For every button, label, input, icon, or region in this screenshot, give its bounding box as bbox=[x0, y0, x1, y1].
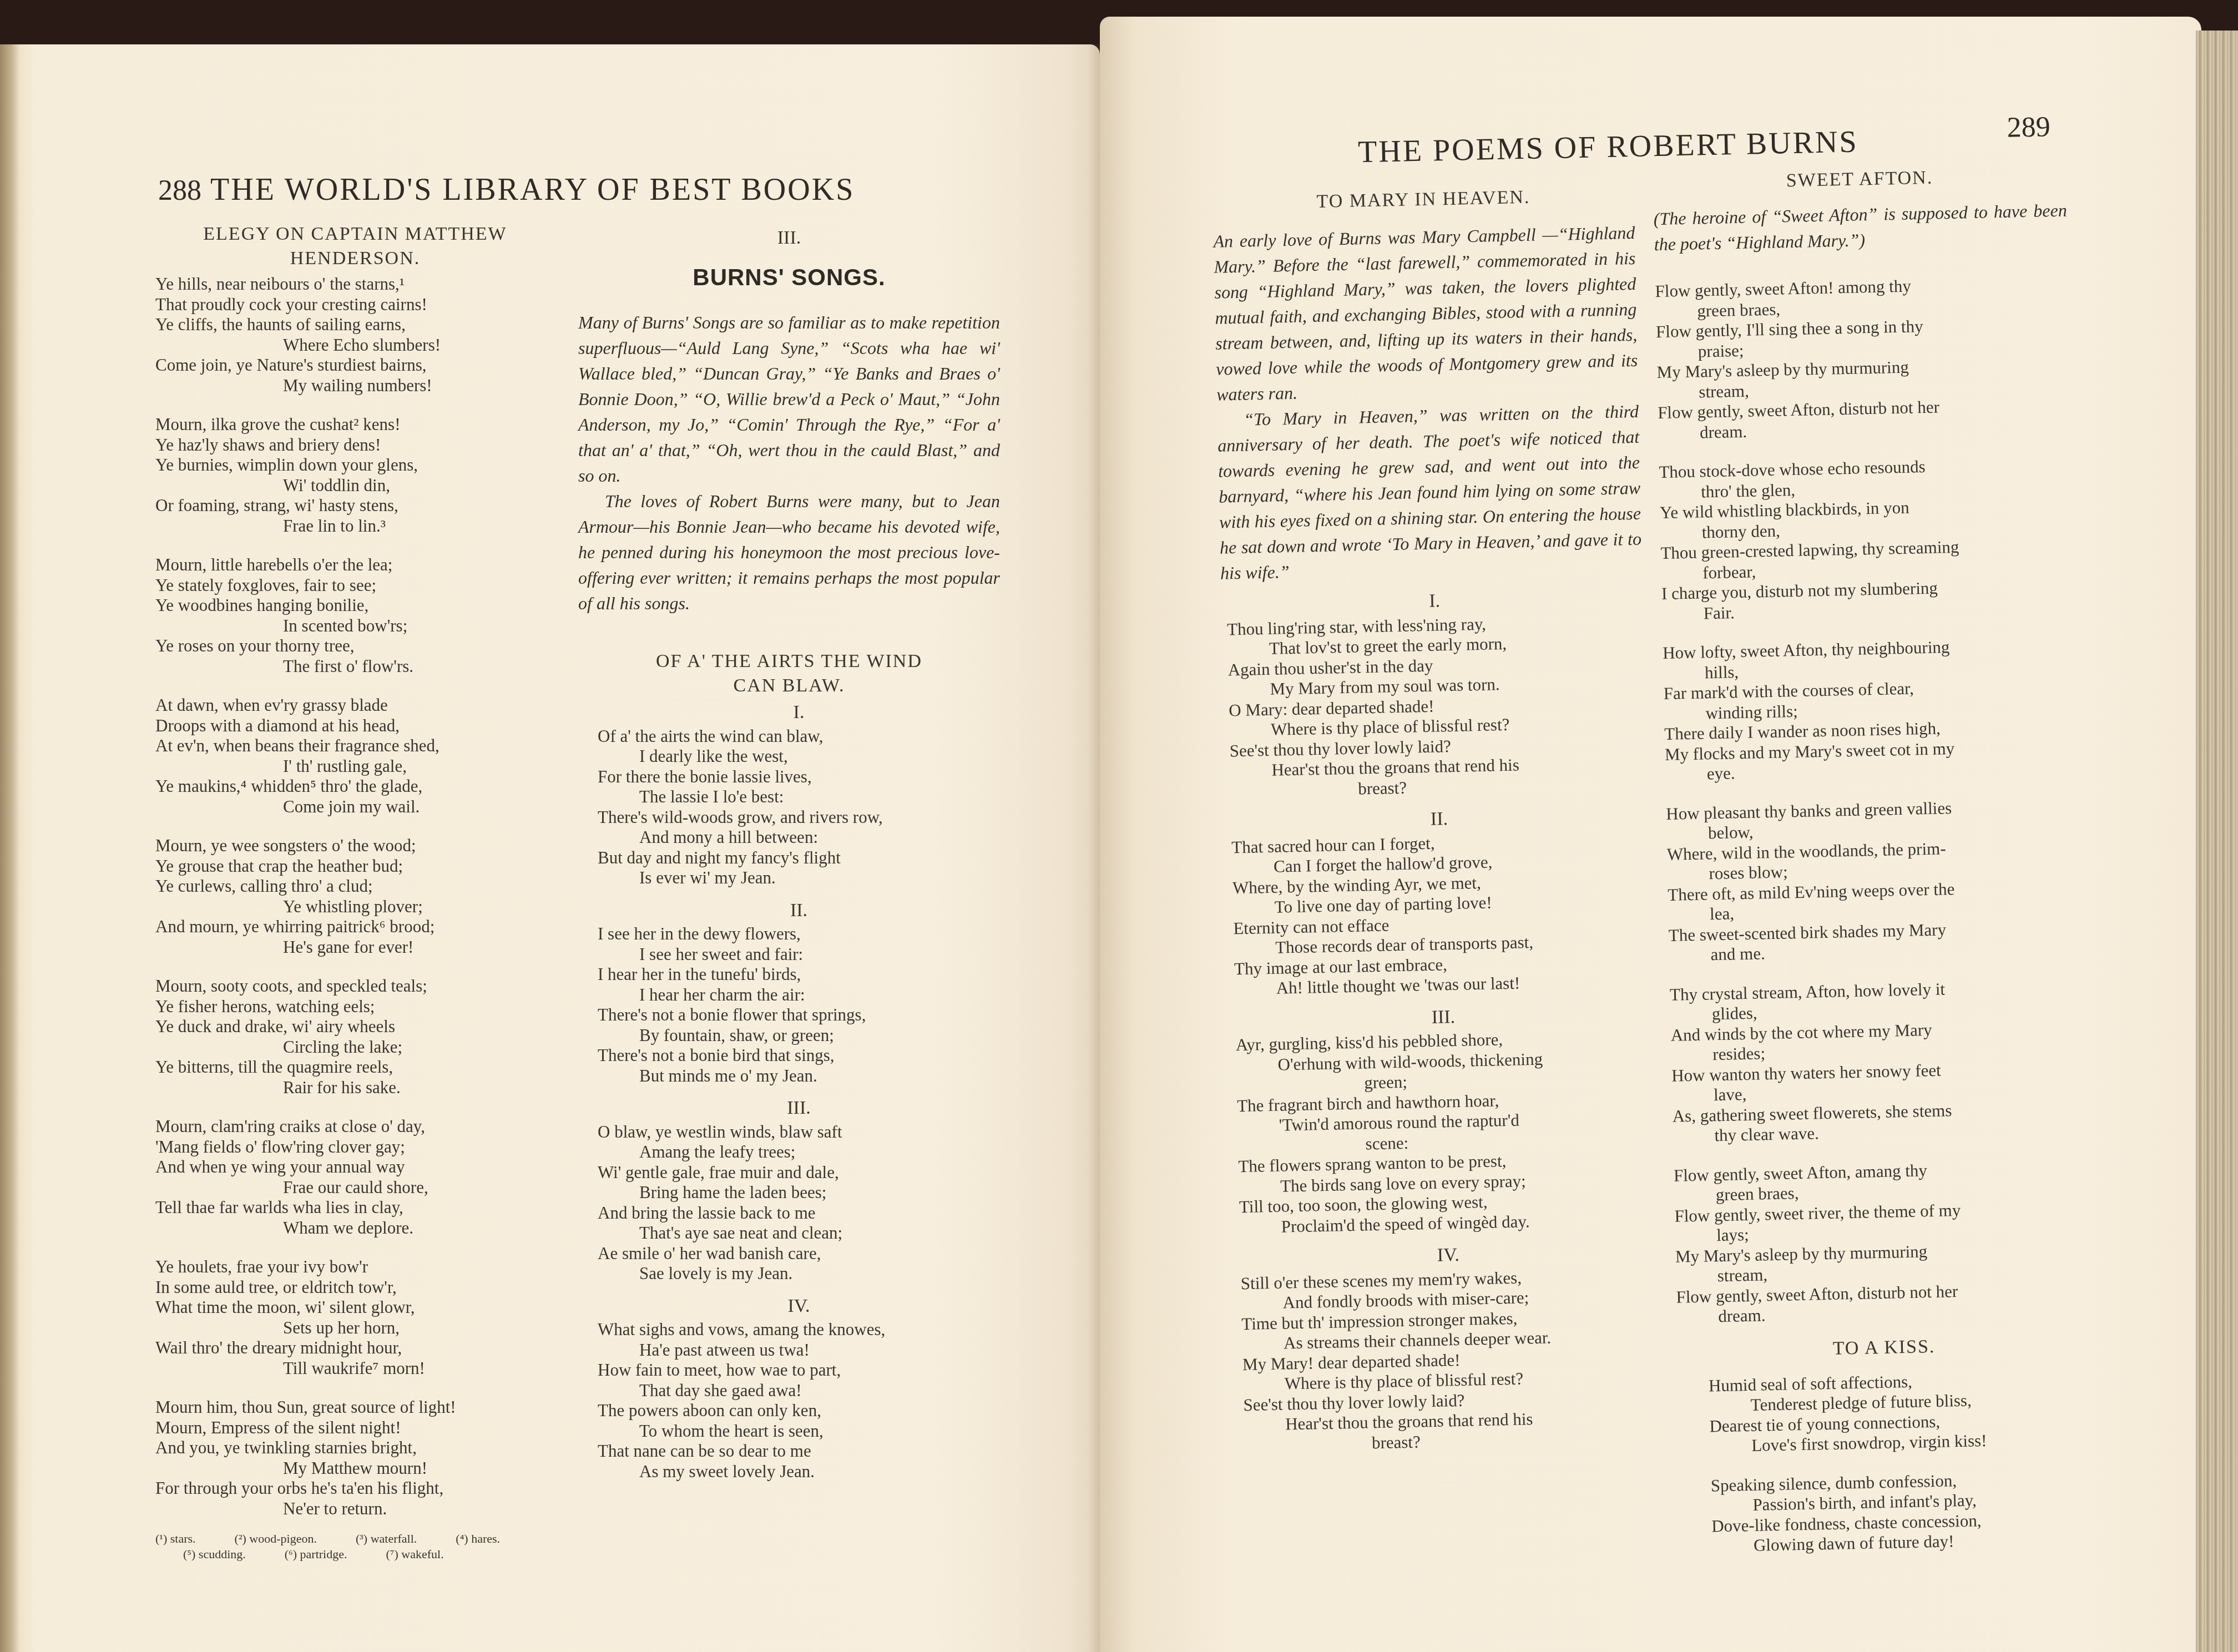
mary-poem: I.Thou ling'ring star, with less'ning ra… bbox=[1221, 587, 1660, 1456]
poem-line: But minds me o' my Jean. bbox=[598, 1066, 1000, 1087]
airts-poem: I.Of a' the airts the wind can blaw,I de… bbox=[578, 703, 1000, 1482]
running-head-title: THE POEMS OF ROBERT BURNS bbox=[1358, 124, 1859, 169]
poem-line: Come join my wail. bbox=[155, 797, 555, 817]
poem-line: Sae lovely is my Jean. bbox=[598, 1264, 1000, 1284]
poem-line: Mourn him, thou Sun, great source of lig… bbox=[155, 1397, 555, 1418]
poem-line: Where Echo slumbers! bbox=[155, 335, 555, 356]
poem-line: Ye houlets, frae your ivy bow'r bbox=[155, 1257, 555, 1277]
poem-line: Mourn, little harebells o'er the lea; bbox=[155, 555, 555, 575]
afton-column: SWEET AFTON. (The heroine of “Sweet Afto… bbox=[1653, 163, 2095, 1558]
poem-line: My Matthew mourn! bbox=[155, 1458, 555, 1479]
page-number: 289 bbox=[2007, 110, 2050, 144]
poem-line: Come join, ye Nature's sturdiest bairns, bbox=[155, 355, 555, 376]
poem-line: My wailing numbers! bbox=[155, 376, 555, 396]
poem-line: Mourn, ye wee songsters o' the wood; bbox=[155, 836, 555, 856]
poem-title: TO A KISS. bbox=[1677, 1331, 2091, 1365]
elegy-poem: Ye hills, near neibours o' the starns,¹T… bbox=[155, 274, 555, 1519]
poem-line: And mony a hill between: bbox=[598, 827, 1000, 848]
stanza: O blaw, ye westlin winds, blaw saftAmang… bbox=[598, 1122, 1000, 1284]
poem-line: Sets up her horn, bbox=[155, 1318, 555, 1338]
poem-line: Ye curlews, calling thro' a clud; bbox=[155, 876, 555, 897]
poem-title: OF A' THE AIRTS THE WIND CAN BLAW. bbox=[578, 649, 1000, 698]
stanza-numeral: I. bbox=[598, 703, 1000, 723]
poem-title-line: ELEGY ON CAPTAIN MATTHEW bbox=[155, 222, 555, 246]
mary-column: TO MARY IN HEAVEN. An early love of Burn… bbox=[1213, 183, 1661, 1456]
intro-paragraph: The loves of Robert Burns were many, but… bbox=[578, 488, 1000, 616]
poem-line: And you, ye twinkling starnies bright, bbox=[155, 1438, 555, 1458]
stanza: Thou stock-dove whose echo resoundsthro'… bbox=[1659, 453, 2075, 624]
poem-line: What sighs and vows, amang the knowes, bbox=[598, 1320, 1000, 1340]
poem-line: Tell thae far warlds wha lies in clay, bbox=[155, 1198, 555, 1218]
footnote: (⁴) hares. bbox=[456, 1532, 500, 1545]
section-numeral: III. bbox=[578, 228, 1000, 249]
elegy-column: ELEGY ON CAPTAIN MATTHEW HENDERSON. Ye h… bbox=[155, 222, 555, 1562]
stanza-numeral: III. bbox=[598, 1098, 1000, 1119]
stanza: Mourn, ilka grove the cushat² kens!Ye ha… bbox=[155, 415, 555, 536]
stanza: Humid seal of soft affections,Tenderest … bbox=[1709, 1368, 2093, 1457]
poem-line: Ye bitterns, till the quagmire reels, bbox=[155, 1057, 555, 1078]
poem-line: Ae smile o' her wad banish care, bbox=[598, 1244, 1000, 1264]
poem-line: Is ever wi' my Jean. bbox=[598, 868, 1000, 888]
poem-line: Ye cliffs, the haunts of sailing earns, bbox=[155, 315, 555, 335]
poem-line: What time the moon, wi' silent glowr, bbox=[155, 1297, 555, 1318]
stanza: Ye houlets, frae your ivy bow'rIn some a… bbox=[155, 1257, 555, 1378]
poem-line: Ye maukins,⁴ whidden⁵ thro' the glade, bbox=[155, 776, 555, 797]
stanza: That sacred hour can I forget,Can I forg… bbox=[1231, 828, 1651, 999]
stanza: Ayr, gurgling, kiss'd his pebbled shore,… bbox=[1235, 1027, 1655, 1238]
poem-line: And mourn, ye whirring paitrick⁶ brood; bbox=[155, 917, 555, 937]
right-page-content: THE POEMS OF ROBERT BURNS 289 TO MARY IN… bbox=[1100, 0, 2235, 1651]
poem-line: Ye roses on your thorny tree, bbox=[155, 636, 555, 656]
poem-title-line: HENDERSON. bbox=[155, 246, 555, 271]
poem-line: Mourn, Empress of the silent night! bbox=[155, 1418, 555, 1438]
poem-line: There's not a bonie flower that springs, bbox=[598, 1005, 1000, 1025]
stanza: Mourn, little harebells o'er the lea;Ye … bbox=[155, 555, 555, 676]
footnote: (¹) stars. bbox=[155, 1532, 196, 1545]
stanza: Ye hills, near neibours o' the starns,¹T… bbox=[155, 274, 555, 396]
poem-line: In some auld tree, or eldritch tow'r, bbox=[155, 1277, 555, 1298]
poem-line: Ye stately foxgloves, fair to see; bbox=[155, 575, 555, 596]
intro-paragraph: (The heroine of “Sweet Afton” is suppose… bbox=[1653, 198, 2068, 257]
stanza: At dawn, when ev'ry grassy bladeDroops w… bbox=[155, 695, 555, 817]
kiss-poem: Humid seal of soft affections,Tenderest … bbox=[1678, 1368, 2095, 1558]
stanza: Speaking silence, dumb confession,Passio… bbox=[1710, 1468, 2095, 1557]
stanza: I see her in the dewy flowers,I see her … bbox=[598, 924, 1000, 1086]
stanza: What sighs and vows, amang the knowes,Ha… bbox=[598, 1320, 1000, 1482]
section-heading: BURNS' SONGS. bbox=[578, 264, 1000, 291]
poem-line: O blaw, ye westlin winds, blaw saft bbox=[598, 1122, 1000, 1143]
poem-line: I hear her charm the air: bbox=[598, 985, 1000, 1006]
stanza: Flow gently, sweet Afton! among thygreen… bbox=[1655, 273, 2072, 444]
poem-line: Ye woodbines hanging bonilie, bbox=[155, 595, 555, 616]
poem-line: The powers aboon can only ken, bbox=[598, 1401, 1000, 1421]
poem-line: Ye burnies, wimplin down your glens, bbox=[155, 455, 555, 476]
poem-line: Ye grouse that crap the heather bud; bbox=[155, 856, 555, 877]
running-head-left: 288 THE WORLD'S LIBRARY OF BEST BOOKS bbox=[158, 172, 855, 208]
footnote: (⁵) scudding. bbox=[183, 1547, 246, 1561]
poem-line: Wi' toddlin din, bbox=[155, 476, 555, 496]
stanza-numeral: II. bbox=[598, 901, 1000, 921]
songs-introduction: Many of Burns' Songs are so familiar as … bbox=[578, 310, 1000, 616]
poem-line: Ha'e past atween us twa! bbox=[598, 1340, 1000, 1361]
stanza: How lofty, sweet Afton, thy neighbouring… bbox=[1663, 634, 2079, 785]
stanza: Of a' the airts the wind can blaw,I dear… bbox=[598, 726, 1000, 888]
book-cover-edge-left bbox=[0, 44, 12, 1652]
poem-line: Of a' the airts the wind can blaw, bbox=[598, 726, 1000, 747]
poem-line: For there the bonie lassie lives, bbox=[598, 767, 1000, 787]
page-edges bbox=[2196, 31, 2238, 1652]
poem-line: I see her in the dewy flowers, bbox=[598, 924, 1000, 944]
poem-line: I dearly like the west, bbox=[598, 746, 1000, 767]
poem-line: Rair for his sake. bbox=[155, 1078, 555, 1098]
stanza: Thy crystal stream, Afton, how lovely it… bbox=[1670, 976, 2087, 1147]
right-page: THE POEMS OF ROBERT BURNS 289 TO MARY IN… bbox=[1100, 17, 2201, 1652]
poem-line: Or foaming, strang, wi' hasty stens, bbox=[155, 496, 555, 516]
poem-line: Ye duck and drake, wi' airy wheels bbox=[155, 1017, 555, 1037]
poem-line: As my sweet lovely Jean. bbox=[598, 1462, 1000, 1482]
poem-title: TO MARY IN HEAVEN. bbox=[1213, 183, 1635, 216]
mary-introduction: An early love of Burns was Mary Campbell… bbox=[1213, 220, 1642, 586]
poem-title-line: OF A' THE AIRTS THE WIND bbox=[578, 649, 1000, 674]
poem-line: Bring hame the laden bees; bbox=[598, 1183, 1000, 1203]
poem-line: There's not a bonie bird that sings, bbox=[598, 1045, 1000, 1066]
poem-line: Till waukrife⁷ morn! bbox=[155, 1358, 555, 1379]
poem-line: Wi' gentle gale, frae muir and dale, bbox=[598, 1163, 1000, 1183]
footnote: (⁶) partridge. bbox=[285, 1547, 347, 1561]
poem-line: Mourn, ilka grove the cushat² kens! bbox=[155, 415, 555, 435]
poem-line: Ne'er to return. bbox=[155, 1499, 555, 1519]
poem-title: SWEET AFTON. bbox=[1653, 163, 2067, 196]
afton-poem: Flow gently, sweet Afton! among thygreen… bbox=[1655, 273, 2090, 1328]
poem-line: 'Mang fields o' flow'ring clover gay; bbox=[155, 1137, 555, 1158]
page-number: 288 bbox=[158, 175, 201, 206]
poem-line: There's wild-woods grow, and rivers row, bbox=[598, 807, 1000, 828]
poem-line: And when ye wing your annual way bbox=[155, 1157, 555, 1178]
left-page: 288 THE WORLD'S LIBRARY OF BEST BOOKS EL… bbox=[12, 44, 1100, 1652]
afton-introduction: (The heroine of “Sweet Afton” is suppose… bbox=[1653, 198, 2068, 257]
stanza: Thou ling'ring star, with less'ning ray,… bbox=[1227, 610, 1647, 801]
poem-line: Frae our cauld shore, bbox=[155, 1178, 555, 1198]
poem-line: That day she gaed awa! bbox=[598, 1381, 1000, 1401]
poem-line: Ye fisher herons, watching eels; bbox=[155, 997, 555, 1017]
poem-line: Ye haz'ly shaws and briery dens! bbox=[155, 435, 555, 456]
poem-line: How fain to meet, how wae to part, bbox=[598, 1360, 1000, 1381]
poem-line: The lassie I lo'e best: bbox=[598, 787, 1000, 807]
poem-line: At dawn, when ev'ry grassy blade bbox=[155, 695, 555, 716]
poem-line: But day and night my fancy's flight bbox=[598, 848, 1000, 868]
poem-line: And bring the lassie back to me bbox=[598, 1203, 1000, 1224]
poem-line: Amang the leafy trees; bbox=[598, 1142, 1000, 1163]
poem-line: Circling the lake; bbox=[155, 1037, 555, 1058]
poem-line: That's aye sae neat and clean; bbox=[598, 1223, 1000, 1244]
poem-line: I hear her in the tunefu' birds, bbox=[598, 964, 1000, 985]
stanza: How pleasant thy banks and green vallies… bbox=[1666, 795, 2083, 966]
poem-line: Wail thro' the dreary midnight hour, bbox=[155, 1338, 555, 1358]
poem-line: Ye whistling plover; bbox=[155, 897, 555, 917]
footnote: (⁷) wakeful. bbox=[386, 1547, 444, 1561]
poem-line: The first o' flow'rs. bbox=[155, 656, 555, 677]
footnotes-row: (⁵) scudding.(⁶) partridge.(⁷) wakeful. bbox=[155, 1547, 555, 1562]
footnotes-row: (¹) stars.(²) wood-pigeon.(³) waterfall.… bbox=[155, 1531, 555, 1547]
running-head-right: THE POEMS OF ROBERT BURNS bbox=[1358, 124, 1859, 170]
stanza: Mourn, sooty coots, and speckled teals;Y… bbox=[155, 976, 555, 1098]
poem-line: Ye hills, near neibours o' the starns,¹ bbox=[155, 274, 555, 295]
intro-paragraph: “To Mary in Heaven,” was written on the … bbox=[1217, 398, 1643, 586]
stanza: Flow gently, sweet Afton, amang thygreen… bbox=[1674, 1157, 2090, 1328]
poem-line: That nane can be so dear to me bbox=[598, 1441, 1000, 1462]
poem-line: Frae lin to lin.³ bbox=[155, 516, 555, 537]
footnote: (³) waterfall. bbox=[356, 1532, 417, 1545]
poem-line: In scented bow'rs; bbox=[155, 616, 555, 636]
poem-title-line: CAN BLAW. bbox=[578, 674, 1000, 698]
poem-line: For through your orbs he's ta'en his fli… bbox=[155, 1478, 555, 1499]
poem-title: ELEGY ON CAPTAIN MATTHEW HENDERSON. bbox=[155, 222, 555, 271]
stanza-numeral: IV. bbox=[598, 1296, 1000, 1317]
poem-line: Wham we deplore. bbox=[155, 1218, 555, 1239]
footnotes: (¹) stars.(²) wood-pigeon.(³) waterfall.… bbox=[155, 1531, 555, 1562]
footnote: (²) wood-pigeon. bbox=[235, 1532, 317, 1545]
poem-line: At ev'n, when beans their fragrance shed… bbox=[155, 736, 555, 756]
stanza: Mourn him, thou Sun, great source of lig… bbox=[155, 1397, 555, 1519]
poem-line: Mourn, clam'ring craiks at close o' day, bbox=[155, 1117, 555, 1137]
poem-line: I see her sweet and fair: bbox=[598, 944, 1000, 965]
stanza: Still o'er these scenes my mem'ry wakes,… bbox=[1240, 1265, 1660, 1456]
songs-column: III. BURNS' SONGS. Many of Burns' Songs … bbox=[578, 222, 1000, 1482]
poem-line: Mourn, sooty coots, and speckled teals; bbox=[155, 976, 555, 997]
poem-line: He's gane for ever! bbox=[155, 937, 555, 958]
running-head-title: THE WORLD'S LIBRARY OF BEST BOOKS bbox=[210, 173, 855, 207]
intro-paragraph: Many of Burns' Songs are so familiar as … bbox=[578, 310, 1000, 488]
poem-line: To whom the heart is seen, bbox=[598, 1421, 1000, 1442]
poem-line: By fountain, shaw, or green; bbox=[598, 1025, 1000, 1046]
stanza: Mourn, clam'ring craiks at close o' day,… bbox=[155, 1117, 555, 1238]
stanza: Mourn, ye wee songsters o' the wood;Ye g… bbox=[155, 836, 555, 957]
poem-line: That proudly cock your cresting cairns! bbox=[155, 295, 555, 315]
poem-line: Droops with a diamond at his head, bbox=[155, 716, 555, 736]
intro-paragraph: An early love of Burns was Mary Campbell… bbox=[1213, 220, 1639, 407]
poem-line: I' th' rustling gale, bbox=[155, 756, 555, 777]
